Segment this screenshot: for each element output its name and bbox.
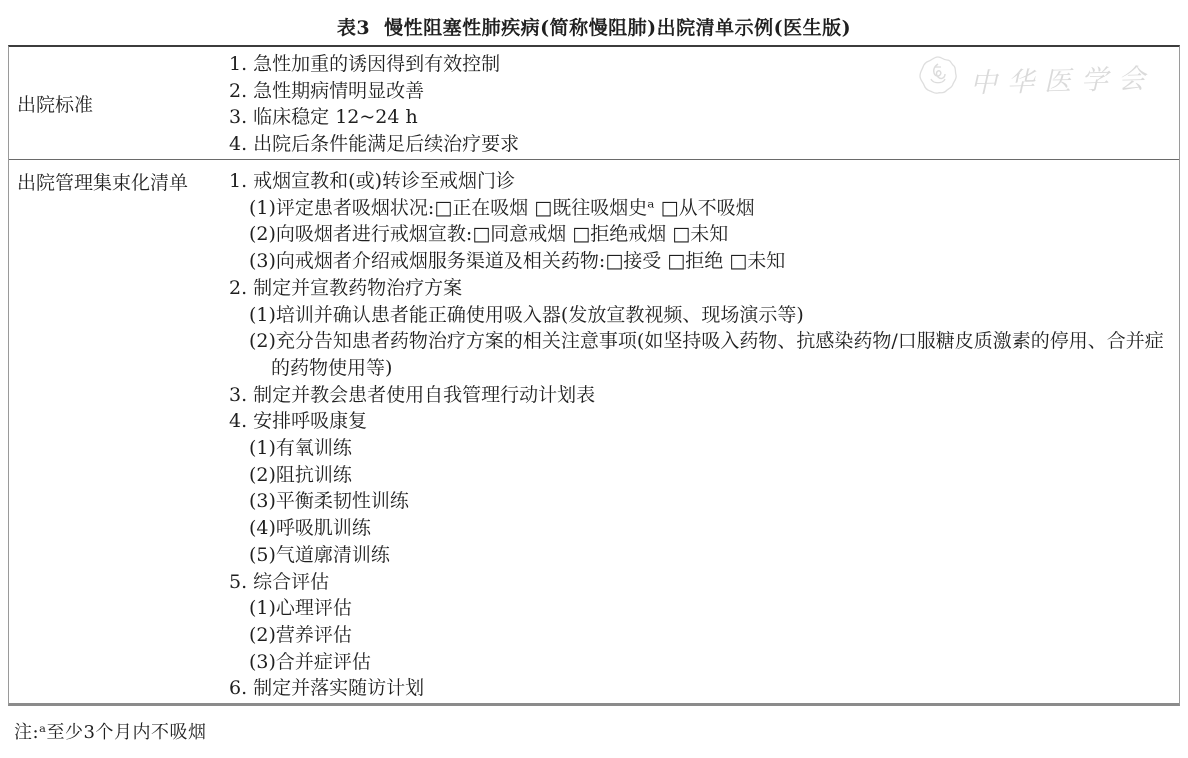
list-item: (4)呼吸肌训练 [229,515,1173,542]
list-item: (1)心理评估 [229,595,1173,622]
list-item: 3. 临床稳定 12~24 h [229,104,1173,131]
table-row-discharge-criteria: 出院标准 1. 急性加重的诱因得到有效控制 2. 急性期病情明显改善 3. 临床… [9,47,1179,160]
list-item: 1. 急性加重的诱因得到有效控制 [229,51,1173,78]
list-item: (5)气道廓清训练 [229,542,1173,569]
list-item: (2)阻抗训练 [229,462,1173,489]
discharge-checklist-table: 中华医学会 出院标准 1. 急性加重的诱因得到有效控制 2. 急性期病情明显改善… [8,45,1180,706]
list-item: (2)充分告知患者药物治疗方案的相关注意事项(如坚持吸入药物、抗感染药物/口服糖… [229,328,1173,355]
list-item: 1. 戒烟宣教和(或)转诊至戒烟门诊 [229,168,1173,195]
discharge-criteria-list: 1. 急性加重的诱因得到有效控制 2. 急性期病情明显改善 3. 临床稳定 12… [229,47,1179,159]
list-item: 2. 制定并宣教药物治疗方案 [229,275,1173,302]
list-item: 4. 安排呼吸康复 [229,408,1173,435]
checklist-line: (1)评定患者吸烟状况:□正在吸烟 □既往吸烟史ᵃ □从不吸烟 [229,195,1173,222]
list-item: (1)培训并确认患者能正确使用吸入器(发放宣教视频、现场演示等) [229,302,1173,329]
list-item: 2. 急性期病情明显改善 [229,78,1173,105]
table-row-discharge-management-bundle: 出院管理集束化清单 1. 戒烟宣教和(或)转诊至戒烟门诊 (1)评定患者吸烟状况… [9,160,1179,703]
checklist-line: (3)向戒烟者介绍戒烟服务渠道及相关药物:□接受 □拒绝 □未知 [229,248,1173,275]
table-title: 表3慢性阻塞性肺疾病(简称慢阻肺)出院清单示例(医生版) [0,13,1188,40]
row-header-discharge-management-bundle: 出院管理集束化清单 [9,160,229,703]
list-item: (3)合并症评估 [229,649,1173,676]
table-number: 表3 [337,17,370,39]
list-item: (2)营养评估 [229,622,1173,649]
table-footnote: 注:ᵃ至少3个月内不吸烟 [14,718,206,744]
list-item: 3. 制定并教会患者使用自我管理行动计划表 [229,382,1173,409]
list-item: 6. 制定并落实随访计划 [229,675,1173,702]
row-header-discharge-criteria: 出院标准 [9,47,229,159]
list-item: (1)有氧训练 [229,435,1173,462]
list-item-continuation: 的药物使用等) [229,355,1173,382]
discharge-management-checklist: 1. 戒烟宣教和(或)转诊至戒烟门诊 (1)评定患者吸烟状况:□正在吸烟 □既往… [229,160,1179,703]
list-item: (3)平衡柔韧性训练 [229,488,1173,515]
table-title-text: 慢性阻塞性肺疾病(简称慢阻肺)出院清单示例(医生版) [384,17,851,39]
list-item: 4. 出院后条件能满足后续治疗要求 [229,131,1173,158]
list-item: 5. 综合评估 [229,569,1173,596]
checklist-line: (2)向吸烟者进行戒烟宣教:□同意戒烟 □拒绝戒烟 □未知 [229,221,1173,248]
